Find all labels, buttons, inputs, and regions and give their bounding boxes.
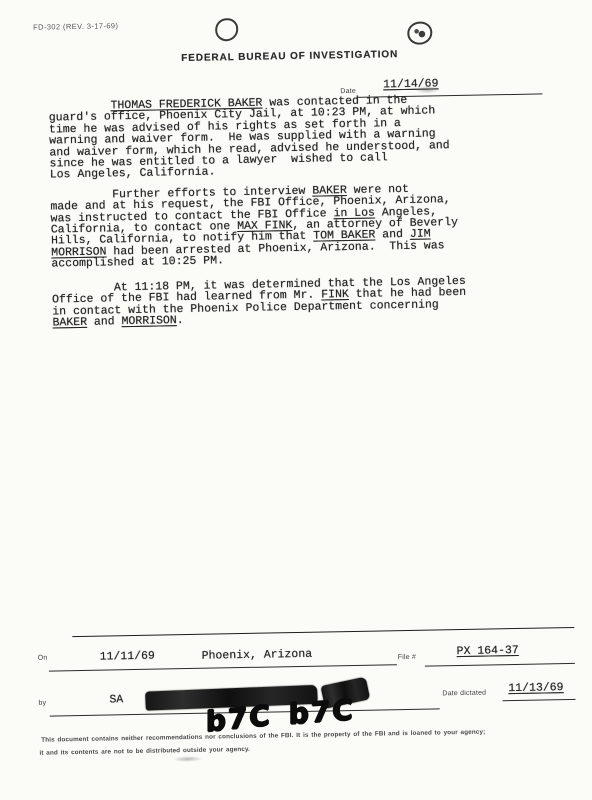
interview-location: Phoenix, Arizona [202, 649, 313, 662]
document-body: THOMAS FREDERICK BAKER was contacted in … [48, 93, 502, 338]
hole-punch-stamp-icon [407, 21, 432, 44]
agent-prefix: SA [109, 694, 123, 706]
date-dictated-label: Date dictated [442, 690, 486, 698]
on-blank-line [49, 664, 397, 671]
scan-smudge [173, 756, 203, 763]
by-label: by [38, 700, 46, 707]
on-label: On [38, 655, 48, 662]
paragraph: Further efforts to interview BAKER were … [50, 182, 501, 270]
file-blank-line [425, 663, 575, 667]
paragraph: THOMAS FREDERICK BAKER was contacted in … [48, 93, 499, 181]
hole-punch-stamp-icon [215, 18, 238, 41]
interview-date: 11/11/69 [100, 651, 155, 663]
scanned-document-page: FD-302 (REV. 3-17-69) FEDERAL BUREAU OF … [0, 0, 592, 800]
file-number-value: PX 164-37 [457, 645, 519, 658]
disclaimer-line-2: it and its contents are not to be distri… [39, 746, 250, 757]
form-number: FD-302 (REV. 3-17-69) [33, 21, 118, 32]
file-number-label: File # [398, 654, 416, 661]
foia-exemption-code: b7C [289, 693, 355, 731]
footer-separator-rule [72, 627, 574, 637]
date-dictated-value: 11/13/69 [508, 682, 563, 694]
paragraph: At 11:18 PM, it was determined that the … [52, 275, 503, 329]
page-title: FEDERAL BUREAU OF INVESTIGATION [181, 49, 398, 64]
scan-smudge [414, 85, 440, 93]
date-dictated-blank-line [503, 699, 576, 701]
